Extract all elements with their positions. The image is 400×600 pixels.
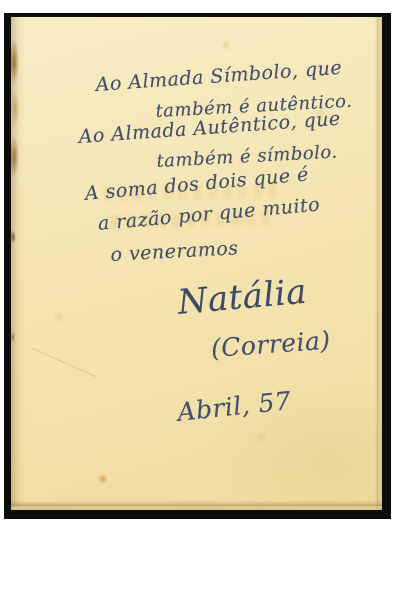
inscription-line-4: também é símbolo. (156, 142, 338, 172)
book-page: Ao Almada Símbolo, que também é autêntic… (11, 17, 382, 510)
signature-name: Natália (176, 272, 308, 323)
inscription-date: Abril, 57 (176, 386, 293, 427)
inscription-line-1: Ao Almada Símbolo, que (95, 57, 343, 96)
page-edge-right (375, 17, 382, 510)
page-edge-bottom (11, 500, 382, 510)
signature-surname: (Correia) (210, 326, 332, 363)
scanned-photo-canvas: Ao Almada Símbolo, que também é autêntic… (0, 0, 400, 600)
scanner-black-frame: Ao Almada Símbolo, que também é autêntic… (4, 13, 391, 519)
inscription-line-7: o veneramos (110, 237, 239, 266)
page-crease (32, 348, 96, 377)
spine-stain-edge (11, 17, 25, 510)
